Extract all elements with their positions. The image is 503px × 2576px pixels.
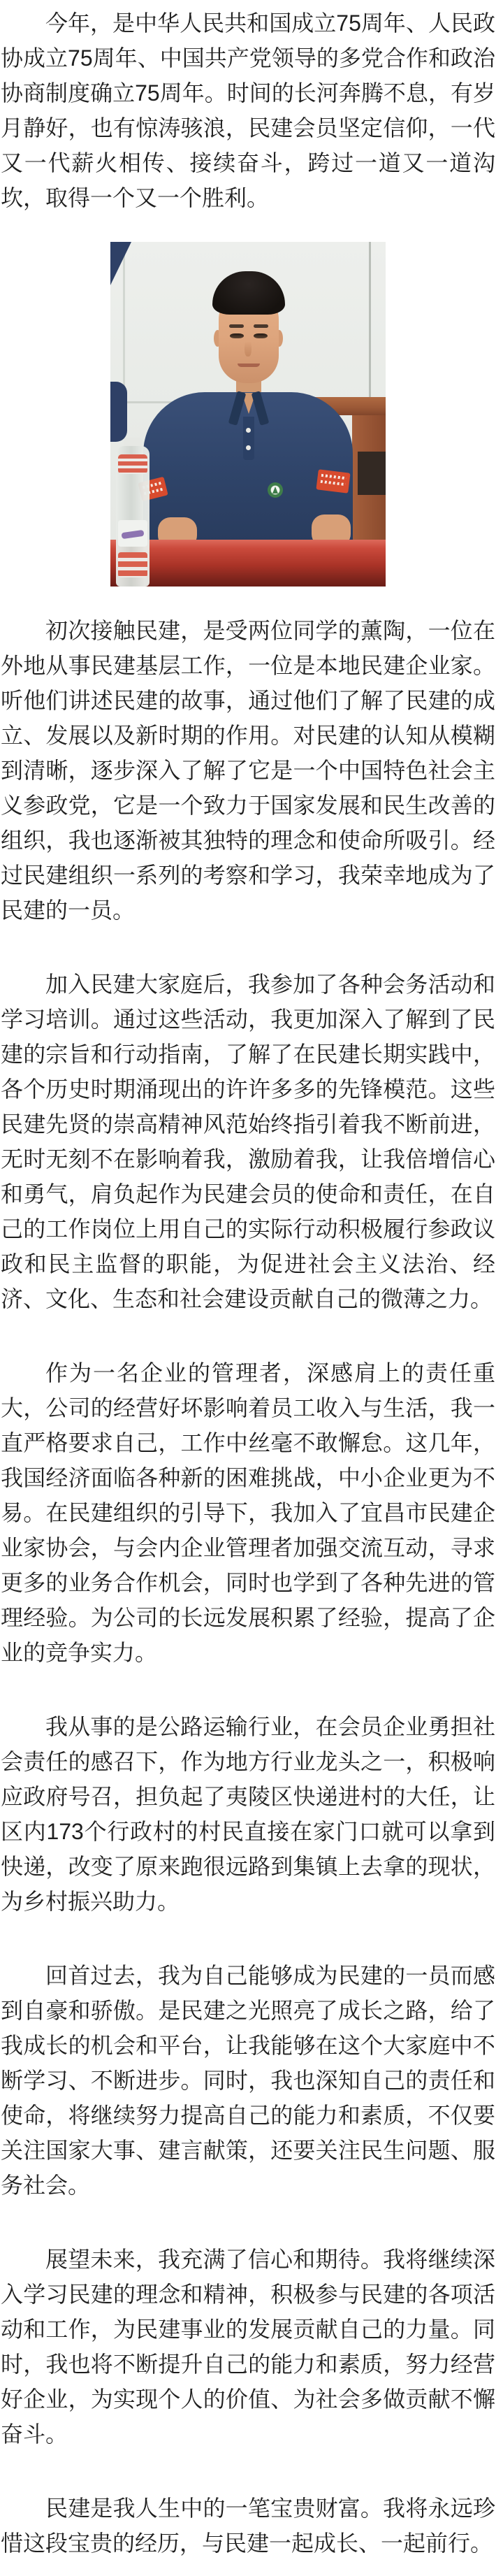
patch-text-line [321, 474, 347, 480]
article-body: 今年，是中华人民共和国成立75周年、人民政协成立75周年、中国共产党领导的多党合… [0, 0, 503, 2576]
shirt-button [246, 445, 251, 450]
portrait-photo [110, 242, 386, 587]
bottle-label-top [118, 454, 147, 474]
man-eyebrow-right [254, 324, 268, 328]
man-nose [245, 340, 251, 357]
shirt-placket [243, 417, 254, 460]
other-person-arm [110, 382, 127, 442]
article-paragraph-1: 今年，是中华人民共和国成立75周年、人民政协成立75周年、中国共产党领导的多党合… [1, 6, 495, 215]
man-mouth [238, 364, 260, 367]
man-eyebrow-left [229, 324, 244, 328]
article-paragraph-2: 初次接触民建，是受两位同学的薰陶，一位在外地从事民建基层工作，一位是本地民建企业… [1, 613, 495, 928]
whiteboard-left-edge [123, 242, 125, 406]
patch-text-line [321, 480, 346, 486]
man-eye-left [230, 333, 244, 338]
shirt-button [246, 428, 251, 433]
man-hair [212, 271, 285, 315]
other-person-shoulder [110, 242, 131, 285]
conference-table [110, 540, 386, 587]
bottle-label-bottom [118, 552, 147, 577]
article-paragraph-8: 民建是我人生中的一笔宝贵财富。我将永远珍惜这段宝贵的经历，与民建一起成长、一起前… [1, 2491, 495, 2561]
water-bottle [116, 438, 150, 587]
article-paragraph-3: 加入民建大家庭后，我参加了各种会务活动和学习培训。通过这些活动，我更加深入了解到… [1, 967, 495, 1316]
sleeve-patch-right [316, 469, 350, 493]
cabinet-shadow [358, 452, 386, 495]
article-paragraph-5: 我从事的是公路运输行业，在会员企业勇担社会责任的感召下，作为地方行业龙头之一，积… [1, 1709, 495, 1919]
man-eye-right [254, 333, 268, 338]
article-paragraph-4: 作为一名企业的管理者，深感肩上的责任重大，公司的经营好坏影响着员工收入与生活，我… [1, 1355, 495, 1670]
article-paragraph-7: 展望未来，我充满了信心和期待。我将继续深入学习民建的理念和精神，积极参与民建的各… [1, 2242, 495, 2452]
whiteboard-right-edge [369, 242, 371, 410]
article-paragraph-6: 回首过去，我为自己能够成为民建的一员而感到自豪和骄傲。是民建之光照亮了成长之路，… [1, 1958, 495, 2203]
